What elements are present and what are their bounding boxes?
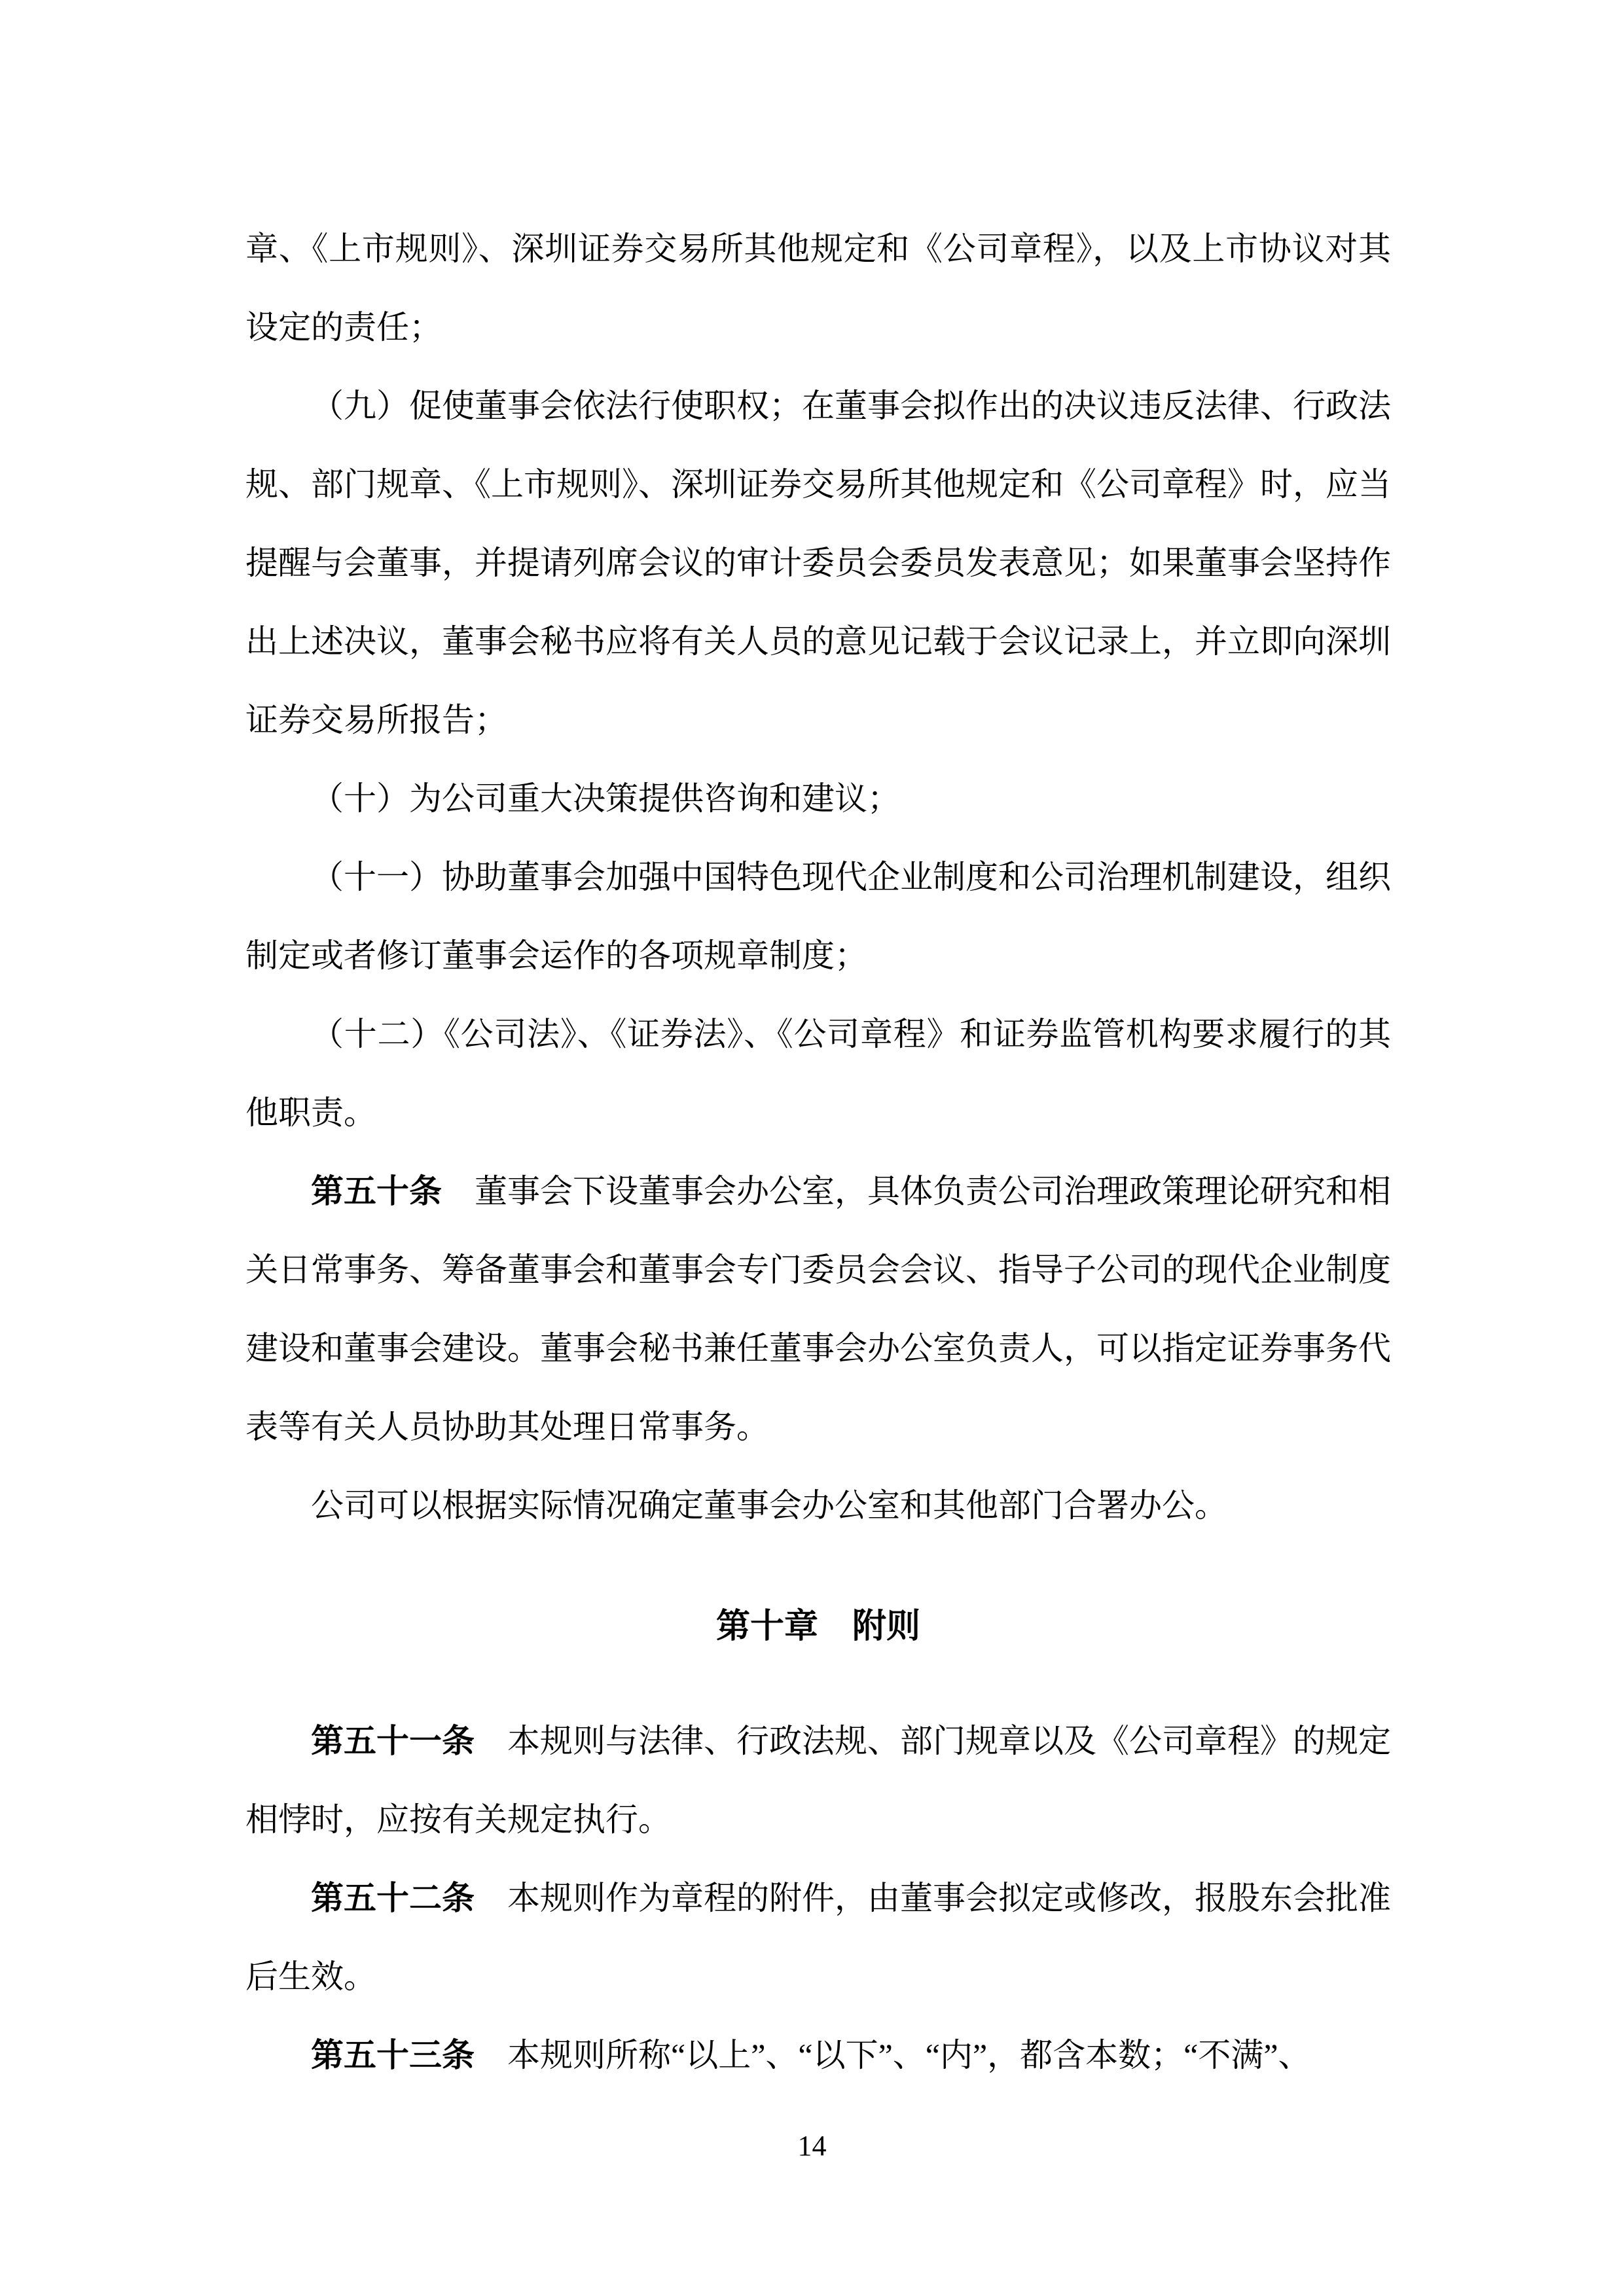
paragraph-text: 本规则所称“以上”、“以下”、“内”，都含本数；“不满”、 [475, 2037, 1311, 2073]
paragraph-item-11: （十一）协助董事会加强中国特色现代企业制度和公司治理机制建设，组织制定或者修订董… [245, 838, 1391, 995]
paragraph-item-9: （九）促使董事会依法行使职权；在董事会拟作出的决议违反法律、行政法规、部门规章、… [245, 367, 1391, 759]
article-51-number: 第五十一条 [311, 1723, 475, 1759]
paragraph-article-50: 第五十条 董事会下设董事会办公室，具体负责公司治理政策理论研究和相关日常事务、筹… [245, 1152, 1391, 1466]
document-body: 章、《上市规则》、深圳证券交易所其他规定和《公司章程》，以及上市协议对其设定的责… [245, 209, 1391, 2094]
page-number: 14 [0, 2126, 1624, 2166]
paragraph-text: 章、《上市规则》、深圳证券交易所其他规定和《公司章程》，以及上市协议对其设定的责… [245, 230, 1391, 346]
paragraph-text: （九）促使董事会依法行使职权；在董事会拟作出的决议违反法律、行政法规、部门规章、… [245, 387, 1391, 738]
paragraph-text: 董事会下设董事会办公室，具体负责公司治理政策理论研究和相关日常事务、筹备董事会和… [245, 1173, 1391, 1445]
paragraph-item-12: （十二）《公司法》、《证券法》、《公司章程》和证券监管机构要求履行的其他职责。 [245, 995, 1391, 1152]
paragraph-article-50-second: 公司可以根据实际情况确定董事会办公室和其他部门合署办公。 [245, 1466, 1391, 1545]
paragraph-text: （十一）协助董事会加强中国特色现代企业制度和公司治理机制建设，组织制定或者修订董… [245, 859, 1391, 974]
paragraph-text: （十）为公司重大决策提供咨询和建议； [311, 780, 900, 817]
paragraph-item-10: （十）为公司重大决策提供咨询和建议； [245, 759, 1391, 838]
article-52-number: 第五十二条 [311, 1880, 475, 1916]
document-page: 章、《上市规则》、深圳证券交易所其他规定和《公司章程》，以及上市协议对其设定的责… [0, 0, 1624, 2296]
chapter-heading: 第十章 附则 [245, 1588, 1391, 1666]
paragraph-continuation: 章、《上市规则》、深圳证券交易所其他规定和《公司章程》，以及上市协议对其设定的责… [245, 209, 1391, 367]
paragraph-text: （十二）《公司法》、《证券法》、《公司章程》和证券监管机构要求履行的其他职责。 [245, 1016, 1391, 1131]
paragraph-article-52: 第五十二条 本规则作为章程的附件，由董事会拟定或修改，报股东会批准后生效。 [245, 1859, 1391, 2016]
paragraph-article-53: 第五十三条 本规则所称“以上”、“以下”、“内”，都含本数；“不满”、 [245, 2016, 1391, 2094]
paragraph-article-51: 第五十一条 本规则与法律、行政法规、部门规章以及《公司章程》的规定相悖时，应按有… [245, 1702, 1391, 1859]
paragraph-text: 公司可以根据实际情况确定董事会办公室和其他部门合署办公。 [311, 1487, 1227, 1524]
article-50-number: 第五十条 [311, 1173, 442, 1210]
article-53-number: 第五十三条 [311, 2037, 475, 2073]
